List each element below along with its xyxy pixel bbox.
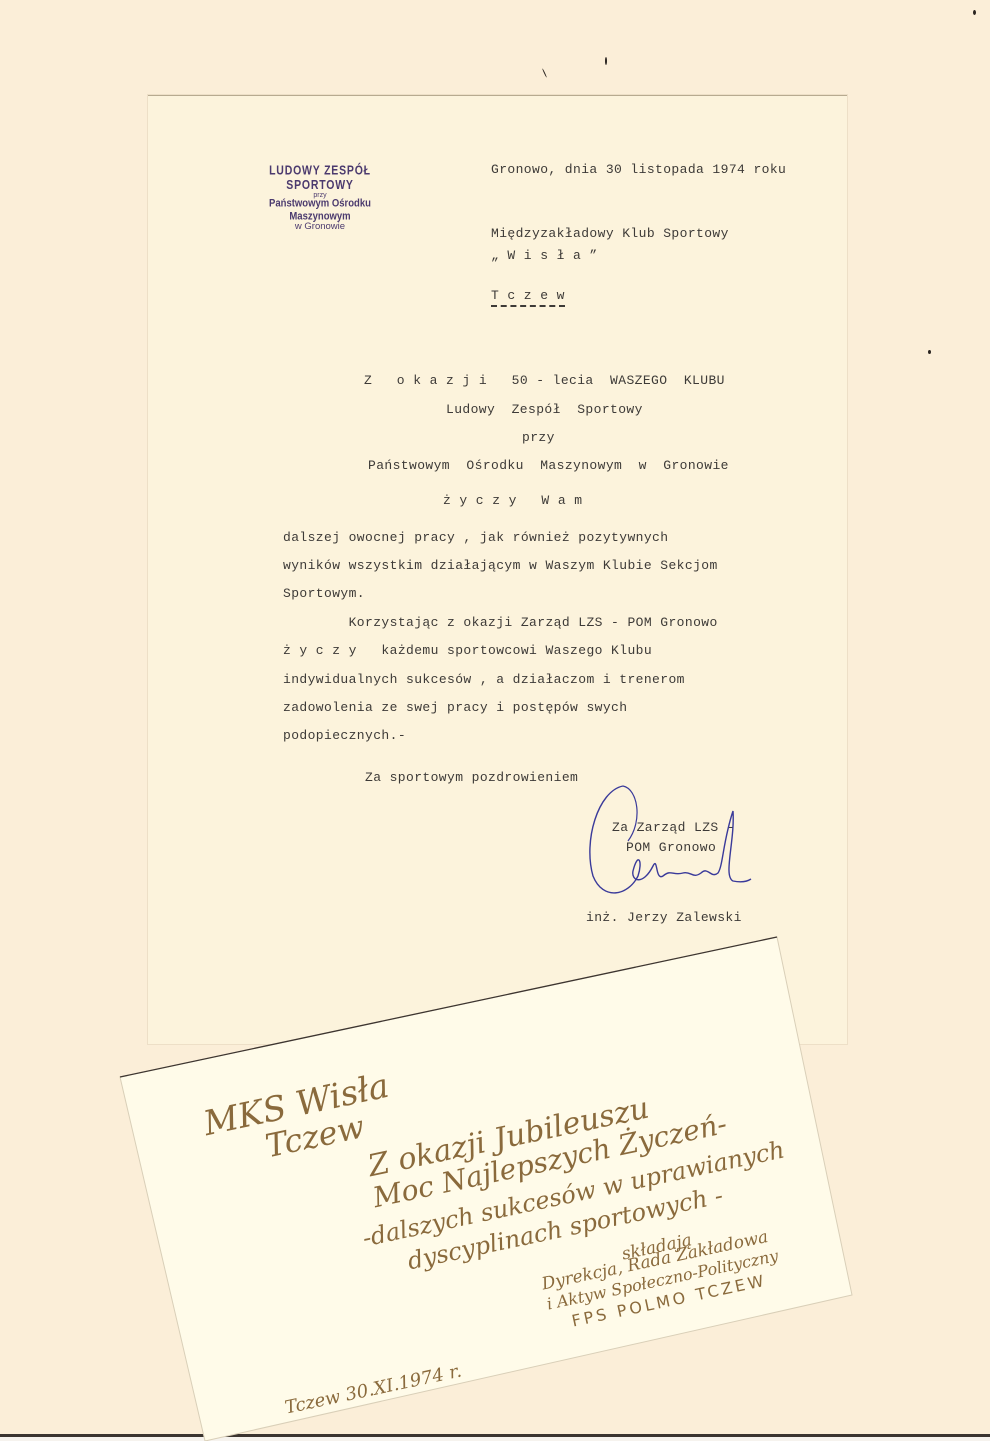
card-from-line-4: FPS POLMO TCZEW xyxy=(570,1271,768,1331)
body-line-6: indywidualnych sukcesów , a działaczom i… xyxy=(283,672,685,687)
letterhead-stamp: LUDOWY ZESPÓŁ SPORTOWY przy Państwowym O… xyxy=(240,166,400,232)
body-line-4: Korzystając z okazji Zarząd LZS - POM Gr… xyxy=(283,615,718,630)
typewritten-letter: LUDOWY ZESPÓŁ SPORTOWY przy Państwowym O… xyxy=(148,95,847,1044)
card-greeting-line-1: Z okazji Jubileuszu xyxy=(365,1091,652,1185)
card-from-line-2: Dyrekcja, Rada Zakładowa xyxy=(540,1227,770,1295)
recipient-line-1: Międzyzakładowy Klub Sportowy xyxy=(491,226,729,241)
card-date: Tczew 30.XI.1974 r. xyxy=(283,1361,464,1419)
stamp-line-3: Państwowym Ośrodku Maszynowym xyxy=(240,197,400,223)
recipient-city: T c z e w xyxy=(491,288,565,303)
body-line-1: dalszej owocnej pracy , jak również pozy… xyxy=(283,530,668,545)
stamp-line-1: LUDOWY ZESPÓŁ SPORTOWY xyxy=(240,164,400,193)
card-greeting-line-3: -dalszych sukcesów w uprawianych xyxy=(360,1135,787,1252)
scan-edge-rule xyxy=(0,1434,990,1437)
scan-margin xyxy=(0,1437,990,1441)
body-line-8: podopiecznych.- xyxy=(283,728,406,743)
card-from-line-3: i Aktyw Społeczno-Polityczny xyxy=(545,1246,780,1314)
card-greeting-line-2: Moc Najlepszych Życzeń- xyxy=(370,1107,730,1214)
recipient-line-2: „ W i s ł a ” xyxy=(491,248,598,263)
recipient-city-text: T c z e w xyxy=(491,288,565,307)
body-line-7: zadowolenia ze swej pracy i postępów swy… xyxy=(283,700,627,715)
card-header-city: Tczew xyxy=(262,1107,368,1165)
body-line-2: wyników wszystkim działającym w Waszym K… xyxy=(283,558,718,573)
centered-line-3: przy xyxy=(522,430,555,445)
dust-speck xyxy=(973,10,976,15)
body-line-5: ż y c z y każdemu sportowcowi Waszego Kl… xyxy=(283,643,652,658)
centered-line-4: Państwowym Ośrodku Maszynowym w Gronowie xyxy=(368,458,729,473)
closing-line: Za sportowym pozdrowieniem xyxy=(365,770,578,785)
date-line: Gronowo, dnia 30 listopada 1974 roku xyxy=(491,162,786,177)
dust-speck xyxy=(928,350,931,354)
handwritten-signature xyxy=(583,781,773,911)
body-line-3: Sportowym. xyxy=(283,586,365,601)
centered-line-5: ż y c z y W a m xyxy=(443,493,582,508)
centered-line-2: Ludowy Zespół Sportowy xyxy=(446,402,643,417)
signatory-name: inż. Jerzy Zalewski xyxy=(586,910,742,925)
card-from-line-1: składają xyxy=(620,1230,694,1264)
centered-line-1: Z o k a z j i 50 - lecia WASZEGO KLUBU xyxy=(364,373,725,388)
card-header-club: MKS Wisła xyxy=(200,1066,392,1144)
dust-speck xyxy=(605,57,607,65)
dust-speck xyxy=(542,68,547,77)
card-greeting-line-4: dyscyplinach sportowych - xyxy=(405,1181,725,1275)
